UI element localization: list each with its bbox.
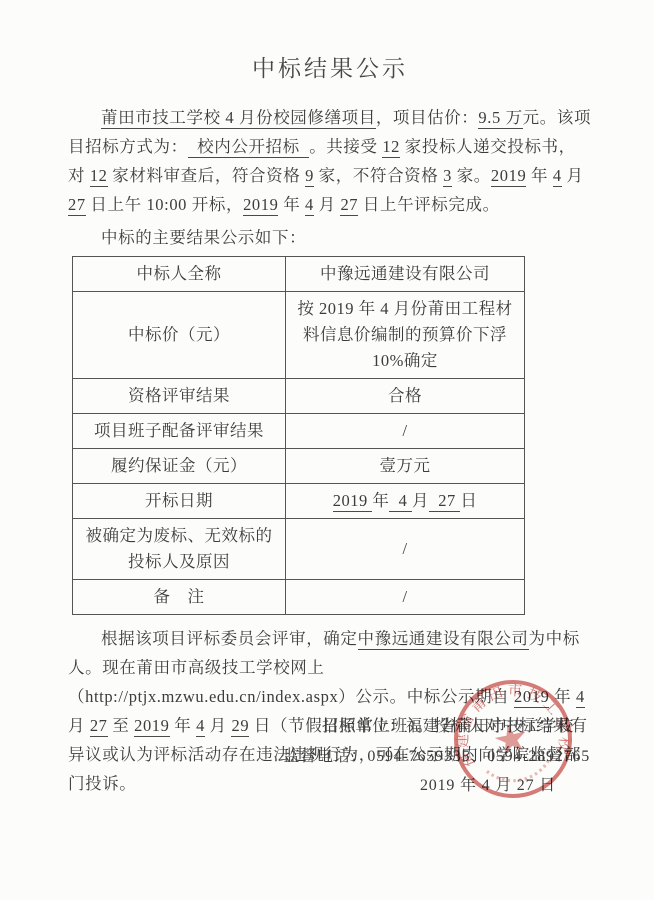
text-run: 日上午 10:00 开标， (86, 195, 243, 214)
text-run: 日 (460, 491, 477, 510)
row-label: 中标价（元） (73, 292, 286, 379)
text-run: 年 (372, 491, 389, 510)
underlined-text: 2019 (134, 716, 169, 737)
bid-results-table: 中标人全称中豫远通建设有限公司中标价（元）按 2019 年 4 月份莆田工程材料… (72, 256, 525, 615)
row-label: 项目班子配备评审结果 (73, 414, 286, 449)
text-run: 合格 (388, 386, 422, 405)
row-label: 备 注 (73, 580, 286, 615)
text-run: 年 (526, 166, 553, 185)
page-title: 中标结果公示 (68, 50, 592, 83)
table-row: 中标价（元）按 2019 年 4 月份莆田工程材料信息价编制的预算价下浮 10%… (73, 292, 525, 379)
row-value: / (286, 414, 525, 449)
signature-org: 招标单位：福建省莆田市技工学校 (283, 712, 574, 742)
text-run: 年 (278, 195, 305, 214)
row-label: 履约保证金（元） (73, 449, 286, 484)
underlined-text: 12 (382, 137, 400, 158)
table-row: 开标日期2019 年 4 月 27 日 (73, 484, 525, 519)
row-value: 合格 (286, 379, 525, 414)
underlined-text: 29 (231, 716, 249, 737)
table-row: 中标人全称中豫远通建设有限公司 (73, 257, 525, 292)
row-value: 按 2019 年 4 月份莆田工程材料信息价编制的预算价下浮 10%确定 (286, 292, 525, 379)
row-label: 开标日期 (73, 484, 286, 519)
row-label: 中标人全称 (73, 257, 286, 292)
document-page: 中标结果公示 莆田市技工学校 4 月份校园修缮项目，项目估价：9.5 万元。该项… (0, 0, 654, 900)
text-run: 日上午评标完成。 (358, 195, 500, 214)
text-run: 壹万元 (380, 456, 431, 475)
text-run: / (402, 539, 407, 558)
text-run: 中豫远通建设有限公司 (320, 264, 490, 283)
underlined-text: 2019 (514, 687, 549, 708)
text-run: 月 (412, 491, 429, 510)
underlined-text: 12 (90, 166, 108, 187)
underlined-text: 27 (340, 195, 358, 216)
underlined-text: 4 (576, 687, 585, 708)
row-value: 壹万元 (286, 449, 525, 484)
text-run: 根据该项目评标委员会评审，确定 (101, 629, 358, 648)
table-row: 被确定为废标、无效标的投标人及原因/ (73, 519, 525, 580)
table-row: 履约保证金（元）壹万元 (73, 449, 525, 484)
text-run: / (402, 421, 407, 440)
underlined-text: 9 (305, 166, 314, 187)
underlined-text: 中豫远通建设有限公司 (358, 629, 529, 650)
table-row: 备 注/ (73, 580, 525, 615)
text-run: 按 2019 年 4 月份莆田工程材料信息价编制的预算价下浮 10%确定 (297, 299, 512, 370)
underlined-text: 27 (68, 195, 86, 216)
underlined-text: 莆田市技工学校 4 月份校园修缮项目 (101, 108, 376, 129)
text-run: 月 (205, 716, 232, 735)
text-run: 年 (170, 716, 197, 735)
underlined-text: 27 (429, 491, 460, 512)
underlined-text: 2019 (333, 491, 373, 512)
text-run: 家。 (452, 166, 491, 185)
text-run: ，项目估价： (376, 108, 479, 127)
row-label: 被确定为废标、无效标的投标人及原因 (73, 519, 286, 580)
bid-results-table-body: 中标人全称中豫远通建设有限公司中标价（元）按 2019 年 4 月份莆田工程材料… (73, 257, 525, 615)
text-run: 月 (562, 166, 589, 185)
row-value: / (286, 580, 525, 615)
text-run: 年 (549, 687, 576, 706)
text-run: 家，不符合资格 (314, 166, 443, 185)
underlined-text: 2019 (243, 195, 278, 216)
signature-block: 招标单位：福建省莆田市技工学校 监督电话：0594-7659335、0594-2… (283, 712, 590, 801)
table-row: 资格评审结果合格 (73, 379, 525, 414)
underlined-text: 校内公开招标 (188, 137, 310, 158)
signature-phone: 监督电话：0594-7659335、0594-2892765 (283, 742, 590, 772)
row-label: 资格评审结果 (73, 379, 286, 414)
underlined-text: 9.5 万 (478, 108, 522, 129)
row-value: / (286, 519, 525, 580)
underlined-text: 3 (443, 166, 452, 187)
signature-date: 2019 年 4 月 27 日 (283, 771, 556, 801)
row-value: 中豫远通建设有限公司 (286, 257, 525, 292)
text-run: / (402, 587, 407, 606)
text-run: 至 (108, 716, 135, 735)
row-value: 2019 年 4 月 27 日 (286, 484, 525, 519)
text-run: 月 (314, 195, 341, 214)
underlined-text: 4 (305, 195, 314, 216)
underlined-text: 27 (90, 716, 108, 737)
underlined-text: 4 (389, 491, 412, 512)
intro-paragraph: 莆田市技工学校 4 月份校园修缮项目，项目估价：9.5 万元。该项目招标方式为：… (68, 103, 592, 219)
underlined-text: 2019 (491, 166, 526, 187)
table-row: 项目班子配备评审结果/ (73, 414, 525, 449)
underlined-text: 4 (553, 166, 562, 187)
document-content: 中标结果公示 莆田市技工学校 4 月份校园修缮项目，项目估价：9.5 万元。该项… (68, 50, 592, 798)
text-run: 。共接受 (309, 137, 382, 156)
underlined-text: 4 (196, 716, 205, 737)
table-intro-line: 中标的主要结果公示如下： (68, 223, 592, 252)
text-run: 家材料审查后，符合资格 (108, 166, 306, 185)
